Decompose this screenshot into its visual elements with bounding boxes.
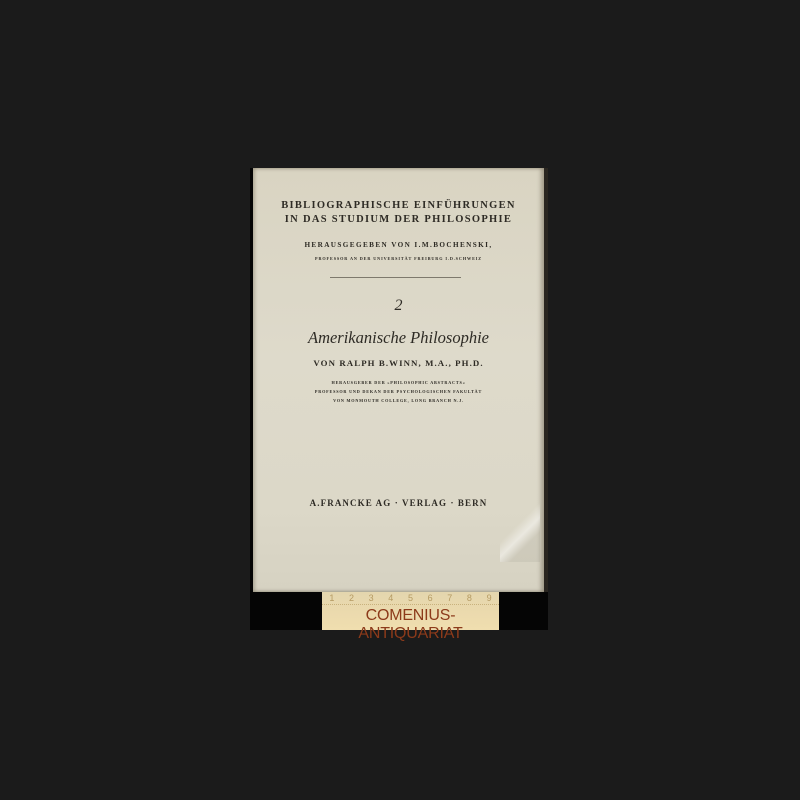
cover-edge [544,168,548,592]
ruler-tick: 6 [428,593,433,603]
author-affiliation-3: VON MONMOUTH COLLEGE, LONG BRANCH N.J. [253,398,544,403]
author-line: VON RALPH B.WINN, M.A., PH.D. [253,358,544,368]
ruler-scale: 1 2 3 4 5 6 7 8 9 [322,592,499,605]
ruler-tick: 9 [487,593,492,603]
volume-number: 2 [253,297,544,315]
ruler-tick: 1 [329,593,334,603]
book-cover: BIBLIOGRAPHISCHE EINFÜHRUNGEN IN DAS STU… [253,168,544,592]
author-affiliation-2: PROFESSOR UND DEKAN DER PSYCHOLOGISCHEN … [253,389,544,394]
editor-line: HERAUSGEGEBEN VON I.M.BOCHENSKI, [253,241,544,249]
antiquariat-label: COMENIUS-ANTIQUARIAT [322,607,499,643]
ruler-tick: 4 [388,593,393,603]
corner-fold [500,502,540,562]
ruler-tick: 5 [408,593,413,603]
series-title-line-2: IN DAS STUDIUM DER PHILOSOPHIE [253,214,544,225]
ruler-tick: 3 [369,593,374,603]
divider-rule [330,277,461,278]
ruler-tick: 8 [467,593,472,603]
book-title: Amerikanische Philosophie [253,328,544,348]
ruler-tick: 2 [349,593,354,603]
series-title-line-1: BIBLIOGRAPHISCHE EINFÜHRUNGEN [253,200,544,211]
ruler-tick: 7 [447,593,452,603]
scale-ruler: 1 2 3 4 5 6 7 8 9 COMENIUS-ANTIQUARIAT [322,592,499,630]
editor-affiliation: PROFESSOR AN DER UNIVERSITÄT FREIBURG I.… [253,256,544,261]
author-affiliation-1: HERAUSGEBER DER »PHILOSOPHIC ABSTRACTS« [253,380,544,385]
